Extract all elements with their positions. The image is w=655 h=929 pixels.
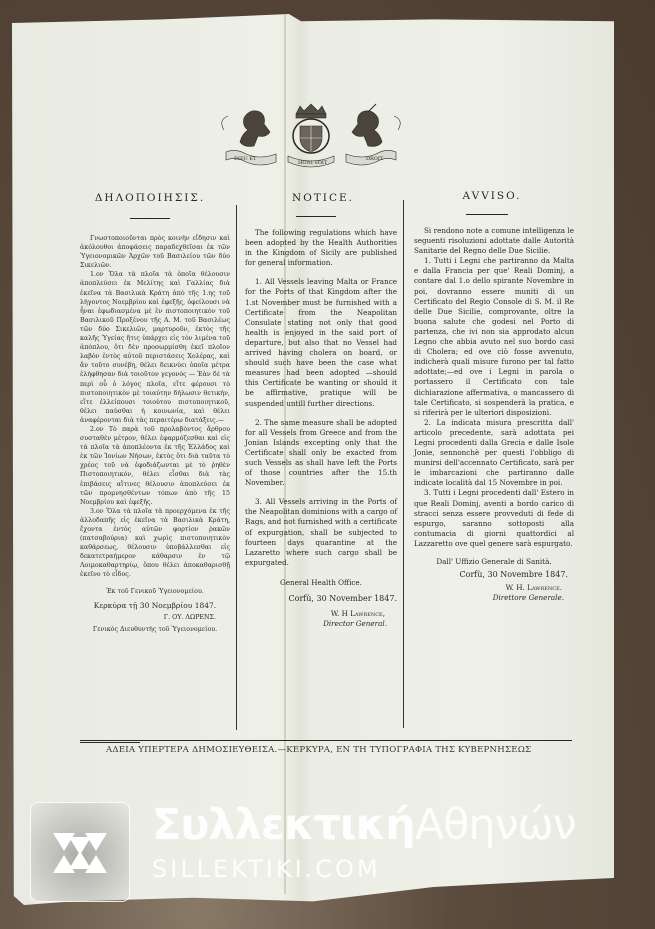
greek-office: Ἐκ τοῦ Γενικοῦ Ὑγειονομείου. — [80, 587, 230, 596]
english-column-title: NOTICE. — [248, 192, 398, 204]
watermark-name-bold: Συλλεκτική — [152, 800, 415, 850]
printer-imprint: ΑΔΕΙΑ ΥΠΕΡΤΕΡΑ ΔΗΜΟΣΙΕΥΘΕΙΣΑ.—ΚΕΡΚΥΡΑ, Ε… — [106, 745, 566, 755]
italian-article-1: 1. Tutti i Legni che partiranno da Malta… — [414, 256, 574, 418]
watermark-url: SILLEKTIKI.COM — [152, 855, 381, 883]
italian-date: Corfù, 30 Novembre 1847. — [414, 570, 574, 580]
title-underline — [466, 214, 508, 215]
italian-column: Si rendono note a comune intelligenza le… — [414, 226, 574, 603]
english-article-2: 2. The same measure shall be adopted for… — [245, 418, 397, 489]
greek-column: Γνωστοποιοῦνται πρὸς κοινὴν εἴδησιν καὶ … — [80, 234, 230, 634]
italian-column-title: AVVISO. — [412, 190, 572, 202]
greek-intro: Γνωστοποιοῦνται πρὸς κοινὴν εἴδησιν καὶ … — [80, 234, 230, 270]
bottom-rule — [80, 742, 140, 743]
english-signatory: W. H Lawrence, — [245, 609, 397, 619]
english-office: General Health Office. — [245, 578, 397, 588]
svg-text:DROIT: DROIT — [366, 156, 384, 162]
title-underline — [296, 216, 336, 217]
triangles-logo-icon — [31, 803, 129, 901]
column-divider — [403, 200, 404, 728]
english-article-3: 3. All Vessels arriving in the Ports of … — [245, 497, 397, 568]
greek-signatory-title: Γενικὸς Διευθυντὴς τοῦ Ὑγειονομείου. — [80, 625, 230, 634]
greek-article-3: 3.ον Ὅλα τὰ πλοῖα τὰ προερχόμενα ἐκ τῆς … — [80, 507, 230, 580]
italian-signatory: W. H. Lawrence. — [414, 583, 574, 593]
greek-column-title: ΔΗΛΟΠΟΙΗΣΙΣ. — [70, 192, 230, 204]
italian-article-2: 2. La indicata misura prescritta dall' a… — [414, 418, 574, 489]
watermark-name-light: Αθηνών — [415, 800, 576, 850]
italian-article-3: 3. Tutti i Legni procedenti dall' Estero… — [414, 488, 574, 549]
greek-article-1: 1.ον Ὅλα τὰ πλοῖα τὰ ὁποῖα θέλουσιν ἀποπ… — [80, 270, 230, 425]
greek-signatory: Γ. ΟΥ. ΛΩΡΕΝΣ. — [80, 613, 230, 622]
column-divider — [236, 205, 237, 730]
english-signatory-title: Director General. — [245, 619, 397, 629]
english-intro: The following regulations which have bee… — [245, 228, 397, 268]
bottom-rule — [80, 740, 572, 741]
watermark-brand-name: ΣυλλεκτικήΑθηνών — [152, 800, 576, 850]
italian-signatory-title: Direttore Generale. — [414, 593, 574, 603]
svg-text:HONI SOIT: HONI SOIT — [298, 160, 328, 166]
english-column: The following regulations which have bee… — [245, 228, 397, 629]
english-date: Corfù, 30 November 1847. — [245, 594, 397, 604]
svg-text:DIEU ET: DIEU ET — [234, 156, 257, 162]
greek-article-2: 2.ον Τὸ παρὰ τοῦ προλαβόντος ἄρθρου συστ… — [80, 425, 230, 507]
title-underline — [130, 218, 170, 219]
english-article-1: 1. All Vessels leaving Malta or France f… — [245, 277, 397, 408]
watermark-logo — [30, 802, 130, 902]
italian-office: Dall' Uffizio Generale di Sanità. — [414, 557, 574, 567]
italian-intro: Si rendono note a comune intelligenza le… — [414, 226, 574, 256]
greek-date: Κερκύρα τῇ 30 Νοεμβρίου 1847. — [80, 601, 230, 610]
royal-coat-of-arms-icon: DIEU ET HONI SOIT DROIT — [216, 100, 406, 170]
